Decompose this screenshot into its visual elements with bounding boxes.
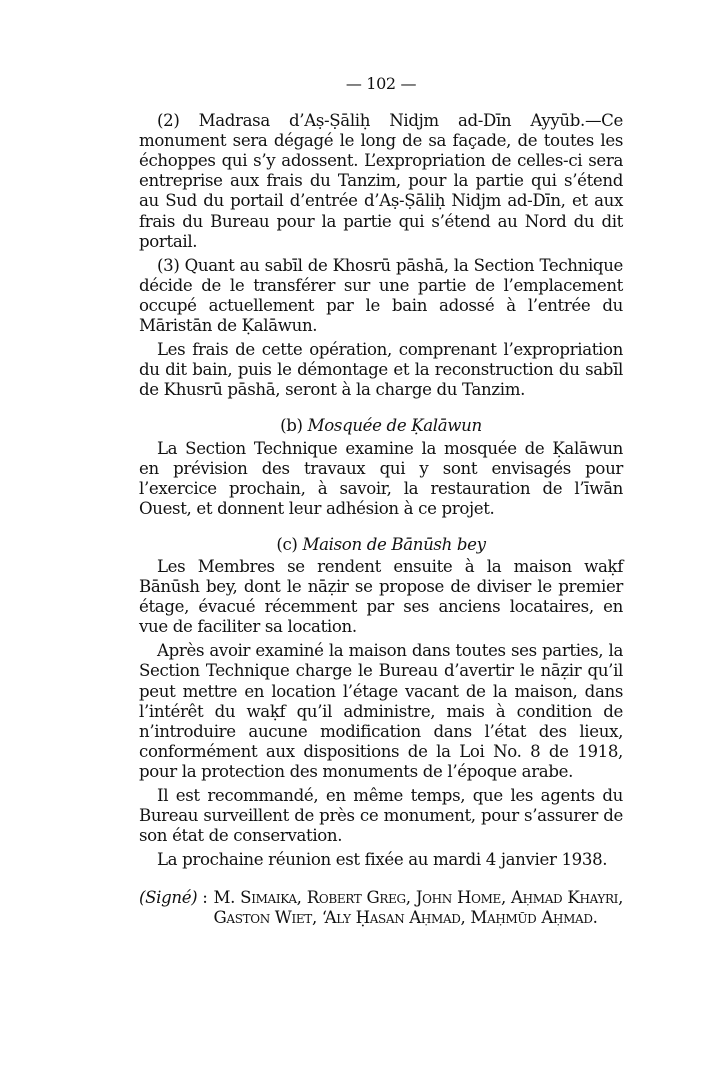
section-b-heading: (b) Mosquée de Ḳalāwun — [139, 416, 623, 436]
signature-label: (Signé) : — [139, 888, 213, 928]
paragraph-mosquee: La Section Technique examine la mosquée … — [139, 439, 623, 519]
section-b-title: Mosquée de Ḳalāwun — [308, 416, 482, 435]
paragraph-recommande: Il est recommandé, en même temps, que le… — [139, 786, 623, 846]
signature-colon: : — [197, 888, 207, 907]
signe-text: (Signé) — [139, 888, 197, 907]
signature-block: (Signé) : M. Simaika, Robert Greg, John … — [139, 888, 623, 928]
paragraph-frais: Les frais de cette opération, comprenant… — [139, 340, 623, 400]
page-number: — 102 — — [139, 74, 623, 94]
paragraph-sabil: (3) Quant au sabīl de Khosrū pāshā, la S… — [139, 256, 623, 336]
signatory-names: M. Simaika, Robert Greg, John Home, Aḥma… — [213, 888, 623, 928]
paragraph-reunion: La prochaine réunion est fixée au mardi … — [139, 850, 623, 870]
section-c-heading: (c) Maison de Bānūsh bey — [139, 535, 623, 555]
paragraph-madrasa: (2) Madrasa d’Aṣ-Ṣāliḥ Nidjm ad-Dīn Ayyū… — [139, 111, 623, 252]
paragraph-apres: Après avoir examiné la maison dans toute… — [139, 641, 623, 782]
section-c-label: (c) — [276, 535, 297, 554]
document-page: — 102 — (2) Madrasa d’Aṣ-Ṣāliḥ Nidjm ad-… — [139, 74, 623, 929]
paragraph-membres: Les Membres se rendent ensuite à la mais… — [139, 557, 623, 637]
section-c-title: Maison de Bānūsh bey — [303, 535, 486, 554]
section-b-label: (b) — [280, 416, 303, 435]
